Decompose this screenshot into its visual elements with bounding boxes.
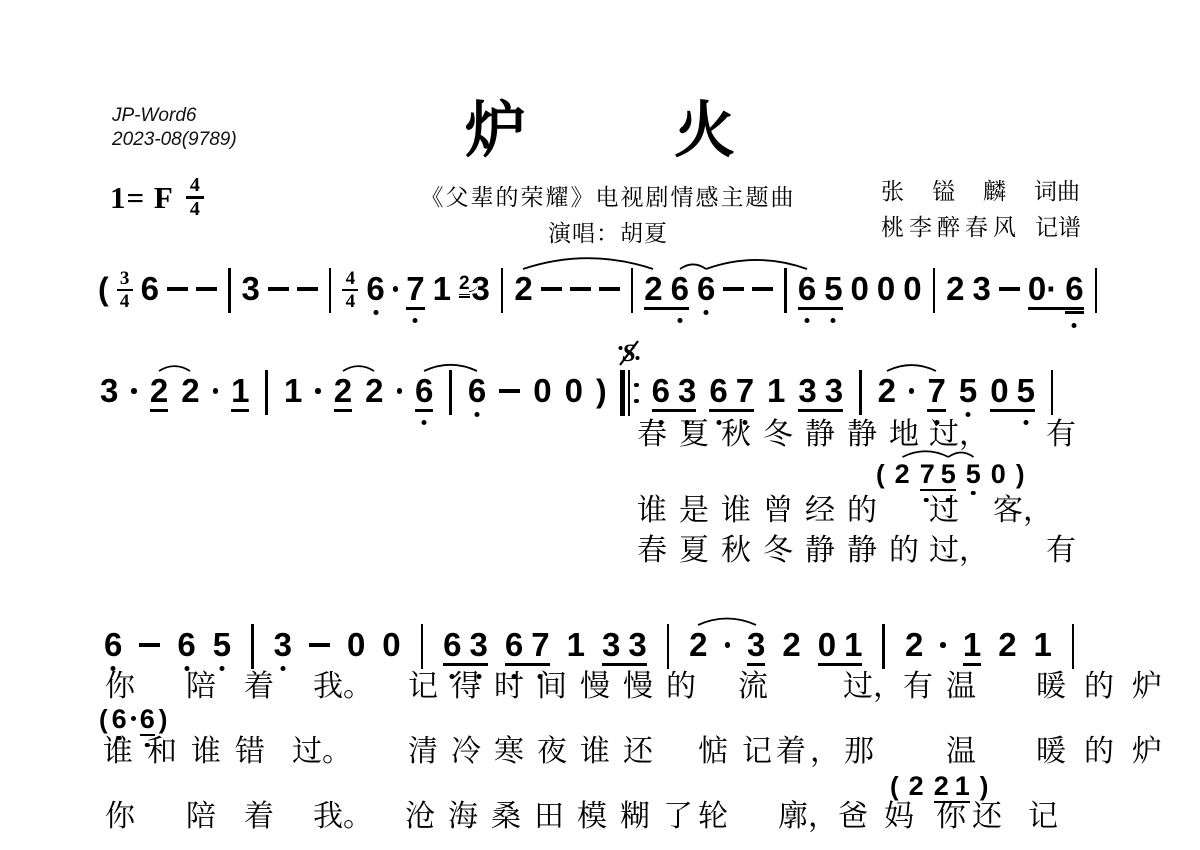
fill-notation-c: (221) bbox=[890, 768, 998, 803]
lyric-segment: 暖的炉 bbox=[1036, 735, 1180, 768]
title-char-2: 火 bbox=[674, 96, 735, 166]
note-glyph: 2 bbox=[150, 374, 168, 412]
duration-dash bbox=[297, 287, 318, 291]
note-glyph: 2 bbox=[334, 374, 352, 412]
repeat-dot bbox=[634, 383, 639, 388]
repeat-thick-bar bbox=[620, 370, 625, 416]
note-glyph: 6 bbox=[140, 705, 155, 736]
repeat-dots bbox=[634, 370, 639, 416]
note-glyph: 2 bbox=[998, 628, 1016, 662]
lyric-segment: 着 bbox=[244, 800, 274, 833]
lyric-segment: 过。 bbox=[292, 735, 352, 768]
duration-dash bbox=[999, 287, 1020, 291]
note-glyph: 6 bbox=[104, 628, 122, 662]
note-glyph: 5 bbox=[213, 628, 231, 662]
music-note: 3 bbox=[798, 374, 824, 412]
lyricist-name: 张镒麟 bbox=[881, 179, 1034, 204]
grace-note: 2 bbox=[459, 261, 470, 295]
note-glyph: 1 bbox=[567, 628, 585, 662]
slur bbox=[698, 619, 756, 625]
music-note: 2 bbox=[946, 272, 964, 306]
music-note: 0 bbox=[347, 628, 365, 662]
music-note: 5 bbox=[1017, 374, 1035, 412]
note-glyph: 6 bbox=[709, 374, 735, 412]
dash-bar bbox=[196, 287, 217, 291]
note-glyph: 6 bbox=[652, 374, 678, 412]
lyric-segment: 过，有 bbox=[843, 670, 933, 703]
duration-dash bbox=[139, 643, 160, 647]
music-note: 6 bbox=[671, 272, 689, 310]
parenthesis: ) bbox=[159, 705, 168, 733]
music-note: 6 bbox=[1065, 272, 1083, 310]
note-glyph: 0· bbox=[1028, 272, 1065, 310]
octave-dot-below bbox=[475, 412, 480, 417]
lyrics-row-f: 你陪着我。沧海桑田模糊了轮廓，爸妈你还记 bbox=[0, 800, 1200, 836]
music-note: 3 bbox=[602, 628, 628, 666]
augmentation-dot bbox=[393, 286, 399, 292]
slur bbox=[887, 365, 936, 371]
segno-glyph: S bbox=[617, 338, 641, 368]
lyric-segment: 我。 bbox=[313, 800, 373, 833]
note-glyph: 7 bbox=[736, 374, 754, 412]
barline bbox=[421, 624, 424, 669]
music-note: 3 bbox=[825, 374, 843, 412]
dot-glyph bbox=[131, 388, 137, 394]
slur bbox=[706, 260, 807, 269]
music-note: 6 bbox=[468, 374, 486, 408]
dash-bar bbox=[570, 287, 591, 291]
parenthesis: ) bbox=[596, 374, 607, 408]
music-note: 1 bbox=[1034, 628, 1052, 662]
note-glyph: 3 bbox=[678, 374, 696, 412]
note-glyph: 6 bbox=[366, 272, 384, 306]
augmentation-dot bbox=[131, 716, 136, 721]
lyric-segment: 过 bbox=[929, 494, 959, 527]
fill-notation-a: (27550) bbox=[876, 440, 1035, 491]
music-note: 6 bbox=[443, 628, 469, 666]
duration-dash bbox=[723, 287, 744, 291]
note-glyph: 0 bbox=[565, 374, 583, 408]
music-note: 1 bbox=[844, 628, 862, 666]
music-note: 2 bbox=[782, 628, 800, 662]
dot-glyph bbox=[213, 388, 219, 394]
music-note: 1 bbox=[955, 772, 970, 803]
music-note: 1 bbox=[567, 628, 585, 662]
barline bbox=[1095, 268, 1098, 313]
dot-glyph bbox=[131, 716, 136, 721]
lyric-segment: 惦 bbox=[698, 735, 728, 768]
lyrics-row-b: 谁是谁曾经的过客， bbox=[0, 494, 1200, 530]
note-glyph: 6 bbox=[112, 705, 127, 733]
music-note: 3 bbox=[747, 628, 765, 666]
lyric-segment: 记 bbox=[1028, 800, 1058, 833]
music-line-1: (34634467123226665000230·6 bbox=[98, 244, 1108, 313]
barline bbox=[631, 268, 634, 313]
credits: 张镒麟词曲 桃李醉春风记谱 bbox=[881, 174, 1081, 246]
note-glyph: 1 bbox=[955, 772, 970, 803]
note-glyph: 6 bbox=[697, 272, 715, 306]
note-glyph: 3 bbox=[470, 628, 488, 666]
music-note: 7 bbox=[927, 374, 945, 412]
dash-bar bbox=[999, 287, 1020, 291]
note-glyph: 2 bbox=[644, 272, 670, 310]
note-glyph: 2 bbox=[782, 628, 800, 662]
parenthesis: ) bbox=[1016, 460, 1025, 488]
music-line-3: 6653006367133232012121 bbox=[104, 600, 1094, 669]
slur-arcs bbox=[98, 244, 1108, 272]
music-note: 6 bbox=[652, 374, 678, 412]
octave-dot-below bbox=[966, 412, 971, 417]
music-note: 0 bbox=[903, 272, 921, 306]
octave-dot-below bbox=[1072, 323, 1077, 328]
music-note: 6 bbox=[141, 272, 159, 306]
augmentation-dot bbox=[397, 388, 403, 394]
music-note: 1 bbox=[231, 374, 249, 412]
music-note: 5 bbox=[213, 628, 231, 662]
parenthesis: ( bbox=[99, 705, 108, 733]
music-note: 0 bbox=[533, 374, 551, 408]
lyric-segment: 记着，那 bbox=[742, 735, 878, 768]
lyric-segment: 沧海桑田模糊了 bbox=[405, 800, 706, 833]
music-note: 6 bbox=[112, 705, 127, 733]
augmentation-dot bbox=[213, 388, 219, 394]
inline-time-signature: 34 bbox=[117, 270, 133, 310]
lyric-segment: 有 bbox=[1046, 534, 1076, 567]
note-glyph: 2 bbox=[689, 628, 707, 662]
barline bbox=[933, 268, 936, 313]
title-char-1: 炉 bbox=[465, 96, 526, 166]
lyric-segment: 陪 bbox=[186, 670, 216, 703]
note-glyph: 5 bbox=[959, 374, 977, 408]
dash-bar bbox=[723, 287, 744, 291]
note-glyph: 0 bbox=[991, 460, 1006, 488]
music-note: 7 bbox=[920, 460, 941, 491]
music-note: 2 bbox=[895, 460, 910, 488]
dash-bar bbox=[499, 389, 520, 393]
music-note: 2 bbox=[181, 374, 199, 408]
dash-bar bbox=[268, 287, 289, 291]
dot-glyph bbox=[725, 642, 731, 648]
song-title: 炉 火 bbox=[0, 96, 1200, 166]
music-note: 2 bbox=[905, 628, 923, 662]
note-glyph: 2 bbox=[905, 628, 923, 662]
note-glyph: 3 bbox=[798, 374, 824, 412]
note-glyph: 1 bbox=[963, 628, 981, 666]
barline bbox=[784, 268, 787, 313]
music-note: 6 bbox=[709, 374, 735, 412]
note-glyph: 7 bbox=[531, 628, 549, 666]
music-note: 5 bbox=[941, 460, 956, 491]
music-note: 3 bbox=[470, 628, 488, 666]
note-glyph: 2 bbox=[909, 772, 924, 800]
duration-dash bbox=[499, 389, 520, 393]
music-note: 2 bbox=[334, 374, 352, 412]
music-note: 2 bbox=[878, 374, 896, 408]
note-glyph: 7 bbox=[406, 272, 424, 310]
lyrics-row-d: 你陪着我。记得时间慢慢的流过，有温暖的炉 bbox=[0, 670, 1200, 706]
music-note: 3 bbox=[972, 272, 990, 306]
music-note: 3 bbox=[100, 374, 118, 408]
note-glyph: 5 bbox=[966, 460, 981, 488]
note-glyph: 3 bbox=[602, 628, 628, 666]
slur-arcs bbox=[100, 346, 1069, 374]
music-note: 2 bbox=[514, 272, 532, 306]
note-glyph: 0 bbox=[851, 272, 869, 306]
music-note: 6 bbox=[697, 272, 715, 306]
augmentation-dot bbox=[909, 388, 915, 394]
dot-glyph bbox=[909, 388, 915, 394]
repeat-start-sign: S bbox=[620, 370, 639, 416]
note-glyph: 2 bbox=[459, 274, 470, 295]
slur-arcs bbox=[876, 440, 1035, 460]
barline bbox=[1072, 624, 1075, 669]
lyric-segment: 清冷寒夜谁还 bbox=[408, 735, 666, 768]
parenthesis: ( bbox=[890, 772, 899, 800]
octave-dot-below bbox=[831, 318, 836, 323]
dot-glyph bbox=[940, 642, 946, 648]
barline bbox=[251, 624, 254, 669]
parenthesis: ( bbox=[98, 272, 109, 306]
note-glyph: 5 bbox=[941, 460, 956, 491]
music-note: 6 bbox=[415, 374, 433, 412]
music-note: 5 bbox=[959, 374, 977, 408]
music-note: 5 bbox=[966, 460, 981, 488]
slur bbox=[680, 264, 706, 269]
music-note: 0 bbox=[382, 628, 400, 662]
note-glyph: 3 bbox=[972, 272, 990, 306]
note-glyph: 0 bbox=[903, 272, 921, 306]
slur bbox=[523, 258, 653, 269]
music-note: 2 bbox=[998, 628, 1016, 662]
music-note: 1 bbox=[433, 272, 451, 306]
lyric-segment: 谁是谁曾经的 bbox=[637, 494, 889, 527]
lyric-segment: 轮 bbox=[698, 800, 728, 833]
duration-dash bbox=[541, 287, 562, 291]
note-glyph: 3 bbox=[242, 272, 260, 306]
music-note: 0 bbox=[990, 374, 1016, 412]
credit-lyricist: 张镒麟词曲 bbox=[881, 174, 1081, 210]
barline bbox=[449, 370, 452, 415]
repeat-thin-bar bbox=[628, 370, 631, 416]
note-glyph: 6 bbox=[1065, 272, 1083, 310]
octave-dot-below bbox=[704, 310, 709, 315]
note-glyph: 6 bbox=[141, 272, 159, 306]
music-note: 6 bbox=[140, 705, 155, 736]
music-note: 0· bbox=[1028, 272, 1065, 310]
note-glyph: 1 bbox=[1034, 628, 1052, 662]
note-glyph: 6 bbox=[443, 628, 469, 666]
note-glyph: 7 bbox=[920, 460, 941, 491]
note-glyph: 0 bbox=[818, 628, 844, 666]
slur bbox=[343, 366, 374, 371]
slur bbox=[949, 453, 974, 458]
note-glyph: 2 bbox=[878, 374, 896, 408]
segno-icon: S bbox=[617, 338, 641, 373]
music-note: 2 bbox=[934, 772, 955, 803]
lyric-segment: 春夏秋冬静静的 bbox=[637, 534, 931, 567]
note-glyph: 2 bbox=[946, 272, 964, 306]
music-note: 2 bbox=[909, 772, 924, 800]
barline bbox=[265, 370, 268, 415]
music-note: 7 bbox=[531, 628, 549, 666]
transcriber-role: 记谱 bbox=[1035, 215, 1081, 240]
duration-dash bbox=[752, 287, 773, 291]
lyricist-role: 词曲 bbox=[1034, 179, 1080, 204]
music-note: 1 bbox=[963, 628, 981, 666]
octave-dot-below bbox=[805, 318, 810, 323]
music-note: 2 bbox=[365, 374, 383, 408]
dot-glyph bbox=[393, 286, 399, 292]
lyric-segment: 你还 bbox=[936, 800, 1008, 833]
music-note: 2 bbox=[644, 272, 670, 310]
music-note: 1 bbox=[284, 374, 302, 408]
lyric-segment: 廓，爸 bbox=[778, 800, 868, 833]
note-glyph: 6 bbox=[505, 628, 531, 666]
barline bbox=[501, 268, 504, 313]
music-note: 6 bbox=[177, 628, 195, 662]
music-note: 2 bbox=[150, 374, 168, 412]
music-note: 3 bbox=[242, 272, 260, 306]
lyric-segment: 你 bbox=[105, 800, 135, 833]
barline bbox=[329, 268, 332, 313]
note-glyph: 1 bbox=[284, 374, 302, 408]
music-note: 3 bbox=[472, 272, 490, 306]
music-note: 0 bbox=[565, 374, 583, 408]
music-note: 5 bbox=[824, 272, 842, 310]
note-glyph: 2 bbox=[365, 374, 383, 408]
dash-bar bbox=[599, 287, 620, 291]
fill-notation-b: (66) bbox=[99, 701, 171, 736]
parenthesis: ( bbox=[876, 460, 885, 488]
dash-bar bbox=[309, 643, 330, 647]
note-glyph: 2 bbox=[514, 272, 532, 306]
lyric-segment: 我。 bbox=[313, 670, 373, 703]
octave-dot-below bbox=[677, 318, 682, 323]
barline bbox=[1051, 370, 1054, 415]
lyric-segment: 记得时间慢慢的 bbox=[408, 670, 709, 703]
note-glyph: 5 bbox=[1017, 374, 1035, 412]
note-glyph: 6 bbox=[177, 628, 195, 662]
dot-glyph bbox=[397, 388, 403, 394]
duration-dash bbox=[268, 287, 289, 291]
note-glyph: 2 bbox=[181, 374, 199, 408]
ts-denominator: 4 bbox=[120, 293, 130, 310]
lyric-segment: 陪 bbox=[186, 800, 216, 833]
duration-dash bbox=[599, 287, 620, 291]
augmentation-dot bbox=[131, 388, 137, 394]
slur bbox=[903, 451, 949, 457]
ts-numerator: 4 bbox=[346, 270, 356, 287]
note-glyph: 1 bbox=[844, 628, 862, 666]
lyric-segment: 谁和谁错 bbox=[103, 735, 279, 768]
barline bbox=[667, 624, 670, 669]
transcriber-name: 桃李醉春风 bbox=[881, 215, 1021, 240]
augmentation-dot bbox=[940, 642, 946, 648]
music-note: 7 bbox=[736, 374, 754, 412]
note-glyph: 2 bbox=[895, 460, 910, 488]
dash-bar bbox=[167, 287, 188, 291]
music-note: 6 bbox=[366, 272, 384, 306]
note-glyph: 5 bbox=[824, 272, 842, 310]
augmentation-dot bbox=[315, 388, 321, 394]
note-glyph: 6 bbox=[415, 374, 433, 412]
music-note: 6 bbox=[104, 628, 122, 662]
lyric-segment: 温 bbox=[946, 735, 976, 768]
music-line-2: 32211226600)S636713327505 bbox=[100, 346, 1069, 416]
note-glyph: 7 bbox=[927, 374, 945, 412]
lyric-segment: 着 bbox=[244, 670, 274, 703]
note-glyph: 0 bbox=[990, 374, 1016, 412]
lyrics-row-c: 春夏秋冬静静的过，有 bbox=[0, 534, 1200, 570]
score-page: JP-Word6 2023-08(9789) 1= F 4 4 炉 火 《父辈的… bbox=[0, 0, 1200, 850]
inline-time-signature: 44 bbox=[342, 270, 358, 310]
music-note: 0 bbox=[877, 272, 895, 306]
music-note: 2 bbox=[689, 628, 707, 662]
note-glyph: 3 bbox=[472, 272, 490, 306]
lyric-segment: 客， bbox=[993, 494, 1053, 527]
music-note: 6 bbox=[798, 272, 824, 310]
duration-dash bbox=[570, 287, 591, 291]
lyric-segment: 暖的炉 bbox=[1036, 670, 1180, 703]
dash-bar bbox=[297, 287, 318, 291]
octave-dot-below bbox=[413, 318, 418, 323]
slur bbox=[159, 366, 190, 371]
duration-dash bbox=[309, 643, 330, 647]
barline bbox=[882, 624, 885, 669]
note-glyph: 3 bbox=[274, 628, 292, 662]
ts-numerator: 3 bbox=[120, 270, 130, 287]
note-glyph: 2 bbox=[934, 772, 955, 803]
note-glyph: 1 bbox=[433, 272, 451, 306]
duration-dash bbox=[167, 287, 188, 291]
note-glyph: 1 bbox=[231, 374, 249, 412]
credit-transcriber: 桃李醉春风记谱 bbox=[881, 210, 1081, 246]
music-note: 6 bbox=[505, 628, 531, 666]
lyric-segment: 流 bbox=[738, 670, 768, 703]
note-glyph: 0 bbox=[382, 628, 400, 662]
note-glyph: 3 bbox=[825, 374, 843, 412]
lyric-segment: 你 bbox=[105, 670, 135, 703]
lyrics-row-e: 谁和谁错过。清冷寒夜谁还惦记着，那温暖的炉 bbox=[0, 735, 1200, 771]
augmentation-dot bbox=[725, 642, 731, 648]
barline bbox=[859, 370, 862, 415]
lyric-segment: 有 bbox=[1046, 418, 1076, 451]
note-glyph: 0 bbox=[533, 374, 551, 408]
dash-bar bbox=[752, 287, 773, 291]
music-note: 3 bbox=[678, 374, 696, 412]
lyric-segment: 过， bbox=[929, 534, 989, 567]
parenthesis: ) bbox=[980, 772, 989, 800]
music-note: 7 bbox=[406, 272, 424, 310]
note-glyph: 6 bbox=[671, 272, 689, 310]
dot-glyph bbox=[315, 388, 321, 394]
dash-bar bbox=[541, 287, 562, 291]
repeat-dot bbox=[634, 399, 639, 404]
music-note: 1 bbox=[767, 374, 785, 408]
note-glyph: 0 bbox=[347, 628, 365, 662]
note-glyph: 6 bbox=[798, 272, 824, 310]
music-note: 0 bbox=[991, 460, 1006, 488]
ts-denominator: 4 bbox=[346, 293, 356, 310]
barline bbox=[228, 268, 231, 313]
note-glyph: 3 bbox=[628, 628, 646, 666]
music-note: 3 bbox=[274, 628, 292, 662]
duration-dash bbox=[196, 287, 217, 291]
music-note: 0 bbox=[818, 628, 844, 666]
dash-bar bbox=[139, 643, 160, 647]
music-note: 3 bbox=[628, 628, 646, 666]
octave-dot-below bbox=[373, 310, 378, 315]
